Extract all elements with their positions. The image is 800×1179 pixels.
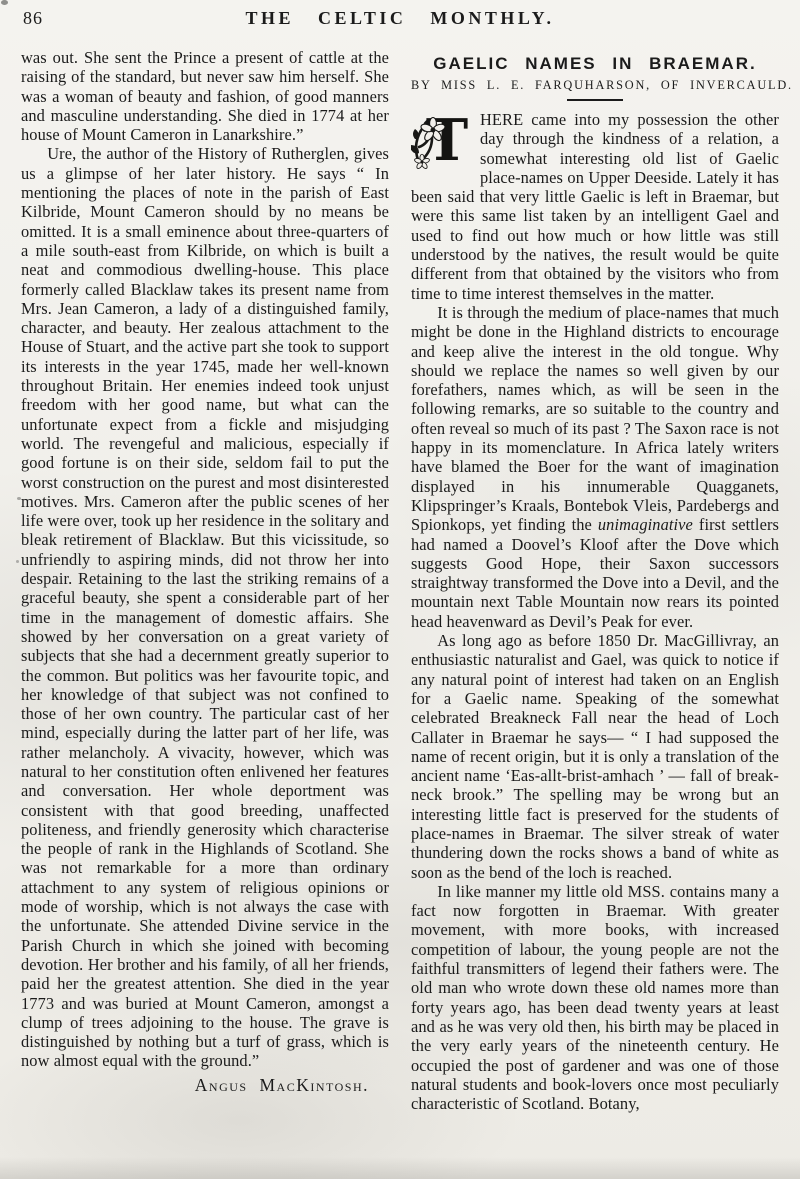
columns: was out. She sent the Prince a present o… xyxy=(0,44,800,1113)
scan-speck xyxy=(16,560,19,563)
text-run: As long ago as before 1850 Dr. MacGilliv… xyxy=(411,631,779,882)
article-title: GAELIC NAMES IN BRAEMAR. xyxy=(411,54,779,74)
paragraph: It is through the medium of place-names … xyxy=(411,303,779,631)
page-header: 86 THE CELTIC MONTHLY. xyxy=(0,0,800,44)
text-run: It is through the medium of place-names … xyxy=(411,303,779,534)
lead-paragraph: T HERE came into my posses xyxy=(411,110,779,303)
paragraph: As long ago as before 1850 Dr. MacGilliv… xyxy=(411,631,779,882)
text-run: was out. She sent the Prince a present o… xyxy=(21,48,389,144)
paragraph: In like manner my little old MSS. contai… xyxy=(411,882,779,1114)
right-column: GAELIC NAMES IN BRAEMAR. BY MISS L. E. F… xyxy=(411,48,779,1113)
article-byline: BY MISS L. E. FARQUHARSON, OF INVERCAULD… xyxy=(411,78,779,93)
section-divider-rule xyxy=(567,99,623,101)
magazine-page: 86 THE CELTIC MONTHLY. was out. She sent… xyxy=(0,0,800,1179)
paragraph: was out. She sent the Prince a present o… xyxy=(21,48,389,144)
text-run: Ure, the author of the History of Ruther… xyxy=(21,144,389,1070)
scan-speck xyxy=(17,497,21,500)
text-run: In like manner my little old MSS. contai… xyxy=(411,882,779,1113)
right-article-body: It is through the medium of place-names … xyxy=(411,303,779,1113)
paragraph: Ure, the author of the History of Ruther… xyxy=(21,144,389,1070)
drop-cap-ornament-icon: T xyxy=(411,113,475,170)
left-column: was out. She sent the Prince a present o… xyxy=(21,48,389,1113)
journal-title: THE CELTIC MONTHLY. xyxy=(0,8,800,29)
left-article-body: was out. She sent the Prince a present o… xyxy=(21,48,389,1071)
text-run: unimaginative xyxy=(598,515,693,534)
author-signature: Angus MacKintosh. xyxy=(21,1075,389,1096)
